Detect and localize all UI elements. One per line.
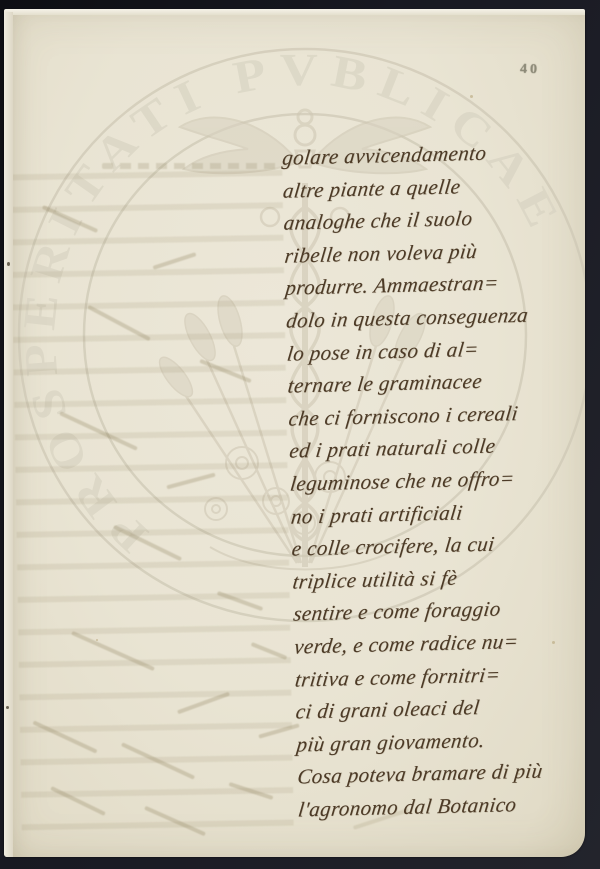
caduceus-finial: [298, 110, 312, 124]
edge-speck: [7, 262, 10, 266]
page-edge-top: [4, 9, 585, 15]
manuscript-line: l'agronomo dal Botanico: [296, 786, 585, 826]
foxing-spot: [96, 639, 98, 641]
manuscript-text: golare avvicendamento altre piante a que…: [280, 134, 585, 826]
page-edge-left: [4, 12, 13, 857]
bleed-through-overlay: [10, 148, 294, 853]
page-number-stamp: 40: [520, 63, 540, 78]
foxing-spot: [470, 95, 473, 98]
scan-background: PROSPERITATI PVBLICAE: [0, 0, 600, 869]
manuscript-page: PROSPERITATI PVBLICAE: [4, 11, 585, 857]
edge-speck: [6, 706, 9, 709]
